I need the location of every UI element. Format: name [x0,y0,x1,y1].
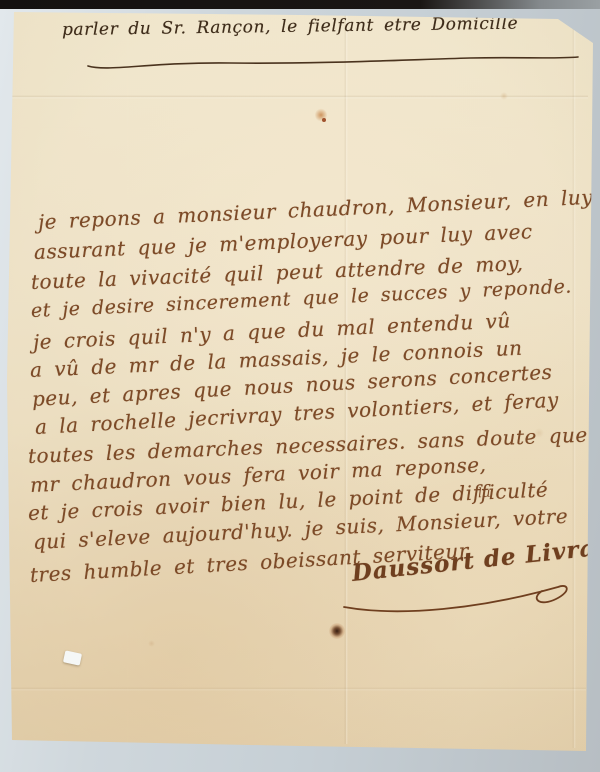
inserted-word: lu [477,486,491,502]
fold-crease-vertical-right [572,22,576,748]
foxing-spot [148,640,155,647]
ink-spot [329,623,345,639]
fold-crease-horizontal-top [12,95,588,99]
annotation-underline [0,0,600,90]
header-annotation: parler du Sr. Rançon, le fielfant etre D… [62,14,518,40]
rust-stain-dot [322,118,326,122]
foxing-spot [500,92,508,100]
photo-edge-strip [0,0,600,9]
rust-stain [315,108,327,122]
closing-signature: Daussort de Livrac [351,533,600,587]
letter-paper: parler du Sr. Rançon, le fielfant etre D… [0,0,600,772]
fold-crease-horizontal-bottom [10,687,586,691]
paper-chip [63,650,82,665]
